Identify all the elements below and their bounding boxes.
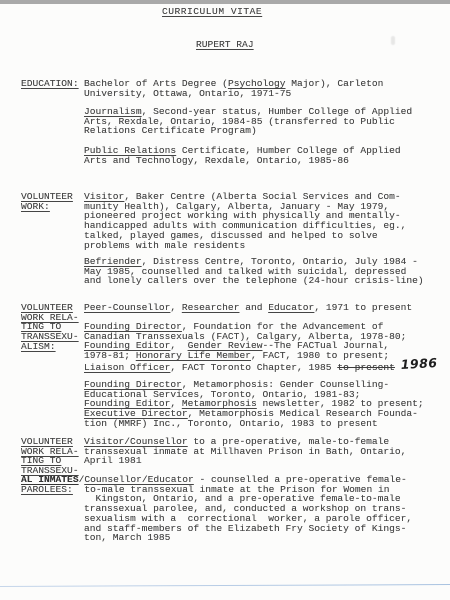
scanner-edge-top	[0, 0, 450, 4]
section-label-line: ALISM:	[21, 342, 56, 352]
cv-page: CURRICULUM VITAE RUPERT RAJ EDUCATION:Ba…	[0, 0, 450, 600]
text-segment: problems with male residents	[84, 240, 245, 251]
text-segment: Arts and Technology, Rexdale, Ontario, 1…	[84, 155, 349, 166]
smudge-mark	[391, 36, 395, 45]
underlined-text: Peer-Counsellor	[84, 302, 170, 313]
underlined-text: Liaison Officer	[84, 362, 170, 373]
underlined-text: Researcher	[182, 302, 240, 313]
text-segment: ,	[170, 302, 182, 313]
person-name: RUPERT RAJ	[196, 40, 254, 50]
strikethrough-text: to present	[337, 362, 395, 373]
text-segment: , 1971 to present	[314, 302, 412, 313]
document-title: CURRICULUM VITAE	[162, 7, 262, 17]
cv-text-line: University, Ottawa, Ontario, 1971-75	[84, 89, 291, 99]
text-segment: , FACT Toronto Chapter, 1985	[170, 362, 337, 373]
page-edge-line	[0, 584, 450, 587]
underlined-text: Educator	[268, 302, 314, 313]
text-segment: , FACT, 1980 to present;	[251, 350, 389, 361]
cv-text-line: Arts and Technology, Rexdale, Ontario, 1…	[84, 156, 349, 166]
text-segment: April 1981	[84, 455, 142, 466]
cv-text-line: Relations Certificate Program)	[84, 126, 257, 136]
text-segment: University, Ottawa, Ontario, 1971-75	[84, 88, 291, 99]
text-segment: 1978-81;	[84, 350, 136, 361]
underlined-text: EDUCATION:	[21, 78, 79, 89]
cv-text-line: Liaison Officer, FACT Toronto Chapter, 1…	[84, 361, 437, 373]
text-segment: tion (MMRF) Inc., Toronto, Ontario, 1983…	[84, 418, 378, 429]
cv-text-line: problems with male residents	[84, 241, 245, 251]
text-segment: and	[239, 302, 268, 313]
text-segment: ton, March 1985	[84, 532, 170, 543]
underlined-text: WORK:	[21, 201, 50, 212]
section-label-line: WORK:	[21, 202, 50, 212]
underlined-text: PAROLEES:	[21, 484, 73, 495]
cv-text-line: ton, March 1985	[84, 533, 170, 543]
cv-text-line: Peer-Counsellor, Researcher and Educator…	[84, 303, 412, 313]
section-label-line: EDUCATION:	[21, 79, 79, 89]
text-segment: and lonely callers over the telephone (2…	[84, 275, 424, 286]
cv-text-line: April 1981	[84, 456, 142, 466]
cv-text-line: tion (MMRF) Inc., Toronto, Ontario, 1983…	[84, 419, 378, 429]
cv-text-line: and lonely callers over the telephone (2…	[84, 276, 424, 286]
cv-text-line: 1978-81; Honorary Life Member, FACT, 198…	[84, 351, 389, 361]
underlined-text: ALISM:	[21, 341, 56, 352]
handwritten-year: 1986	[400, 358, 437, 369]
text-segment: Relations Certificate Program)	[84, 125, 257, 136]
text-segment: Major), Carleton	[286, 78, 384, 89]
underlined-text: Honorary Life Member	[136, 350, 251, 361]
